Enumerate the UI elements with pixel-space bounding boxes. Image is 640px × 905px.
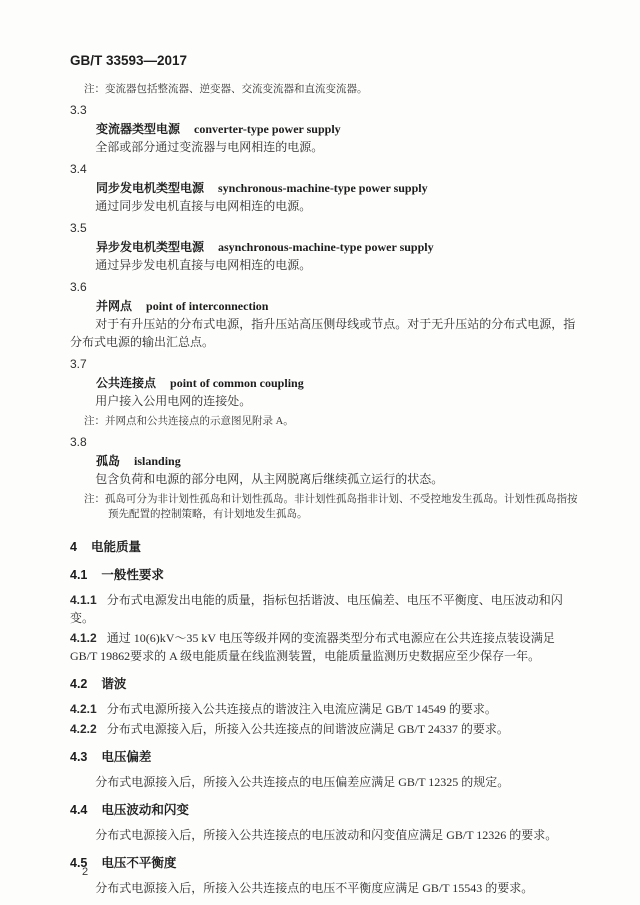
- body-paragraph: 分布式电源接入后，所接入公共连接点的电压不平衡度应满足 GB/T 15543 的…: [70, 879, 582, 897]
- section-heading: 4.3电压偏差: [70, 748, 582, 766]
- definition-paragraph: 通过异步发电机直接与电网相连的电源。: [70, 256, 582, 274]
- term-heading: 变流器类型电源converter-type power supply: [70, 120, 582, 138]
- definition-paragraph: 全部或部分通过变流器与电网相连的电源。: [70, 138, 582, 156]
- term-zh: 孤岛: [96, 454, 120, 468]
- clause-number: 3.5: [70, 219, 582, 237]
- body-paragraph: 分布式电源接入后，所接入公共连接点的电压波动和闪变值应满足 GB/T 12326…: [70, 826, 582, 844]
- standard-document-page: GB/T 33593—2017 注：变流器包括整流器、逆变器、交流变流器和直流变…: [0, 0, 640, 905]
- document-note: 注：变流器包括整流器、逆变器、交流变流器和直流变流器。: [70, 82, 582, 97]
- clause-paragraph-text: 分布式电源所接入公共连接点的谐波注入电流应满足 GB/T 14549 的要求。: [107, 702, 497, 716]
- term-heading: 孤岛islanding: [70, 452, 582, 470]
- definition-paragraph: 包含负荷和电源的部分电网，从主网脱离后继续孤立运行的状态。: [70, 470, 582, 488]
- section-heading: 4.4电压波动和闪变: [70, 801, 582, 819]
- chapter-number: 4: [70, 540, 77, 554]
- section-heading: 4.1一般性要求: [70, 566, 582, 584]
- section-heading: 4.2谐波: [70, 675, 582, 693]
- clause-paragraph-text: 分布式电源接入后，所接入公共连接点的间谐波应满足 GB/T 24337 的要求。: [107, 722, 509, 736]
- term-zh: 并网点: [96, 299, 132, 313]
- clause-number: 3.7: [70, 355, 582, 373]
- section-number: 4.3: [70, 750, 87, 764]
- chapter-title: 电能质量: [91, 540, 141, 554]
- clause-paragraph: 4.2.2分布式电源接入后，所接入公共连接点的间谐波应满足 GB/T 24337…: [70, 720, 582, 738]
- section-title: 一般性要求: [101, 568, 164, 582]
- section-title: 电压不平衡度: [101, 856, 176, 870]
- clause-number: 3.4: [70, 160, 582, 178]
- clause-paragraph-number: 4.2.2: [70, 722, 97, 736]
- clause-paragraph: 4.2.1分布式电源所接入公共连接点的谐波注入电流应满足 GB/T 14549 …: [70, 700, 582, 718]
- term-zh: 公共连接点: [96, 376, 156, 390]
- term-heading: 并网点point of interconnection: [70, 297, 582, 315]
- term-zh: 变流器类型电源: [96, 122, 180, 136]
- clause-number: 3.3: [70, 101, 582, 119]
- section-title: 电压波动和闪变: [101, 803, 189, 817]
- term-heading: 异步发电机类型电源asynchronous-machine-type power…: [70, 238, 582, 256]
- document-note: 注：并网点和公共连接点的示意图见附录 A。: [70, 414, 582, 429]
- clause-paragraph-text: 通过 10(6)kV～35 kV 电压等级并网的变流器类型分布式电源应在公共连接…: [70, 631, 555, 663]
- definition-paragraph: 用户接入公用电网的连接处。: [70, 392, 582, 410]
- definition-paragraph: 对于有升压站的分布式电源，指升压站高压侧母线或节点。对于无升压站的分布式电源，指…: [70, 315, 582, 351]
- clause-paragraph-number: 4.1.1: [70, 593, 97, 607]
- clause-paragraph-number: 4.2.1: [70, 702, 97, 716]
- clause-paragraph: 4.1.1分布式电源发出电能的质量，指标包括谐波、电压偏差、电压不平衡度、电压波…: [70, 591, 582, 627]
- term-en: converter-type power supply: [194, 122, 341, 136]
- section-title: 谐波: [101, 677, 126, 691]
- section-heading: 4.5电压不平衡度: [70, 854, 582, 872]
- section-number: 4.4: [70, 803, 87, 817]
- document-note: 注：孤岛可分为非计划性孤岛和计划性孤岛。非计划性孤岛指非计划、不受控地发生孤岛。…: [70, 492, 582, 522]
- clause-number: 3.8: [70, 433, 582, 451]
- term-en: asynchronous-machine-type power supply: [218, 240, 434, 254]
- term-zh: 同步发电机类型电源: [96, 181, 204, 195]
- body-paragraph: 分布式电源接入后，所接入公共连接点的电压偏差应满足 GB/T 12325 的规定…: [70, 773, 582, 791]
- clause-paragraph-number: 4.1.2: [70, 631, 97, 645]
- definition-paragraph: 通过同步发电机直接与电网相连的电源。: [70, 197, 582, 215]
- clause-number: 3.6: [70, 278, 582, 296]
- term-heading: 公共连接点point of common coupling: [70, 374, 582, 392]
- clause-paragraph: 4.1.2通过 10(6)kV～35 kV 电压等级并网的变流器类型分布式电源应…: [70, 629, 582, 665]
- term-en: point of interconnection: [146, 299, 268, 313]
- term-en: synchronous-machine-type power supply: [218, 181, 428, 195]
- standard-number-header: GB/T 33593—2017: [70, 52, 582, 70]
- chapter-heading: 4电能质量: [70, 538, 582, 556]
- term-zh: 异步发电机类型电源: [96, 240, 204, 254]
- section-title: 电压偏差: [101, 750, 151, 764]
- section-number: 4.1: [70, 568, 87, 582]
- term-en: point of common coupling: [170, 376, 304, 390]
- page-number: 2: [82, 863, 88, 881]
- term-en: islanding: [134, 454, 181, 468]
- clause-paragraph-text: 分布式电源发出电能的质量，指标包括谐波、电压偏差、电压不平衡度、电压波动和闪变。: [70, 593, 563, 625]
- term-heading: 同步发电机类型电源synchronous-machine-type power …: [70, 179, 582, 197]
- section-number: 4.2: [70, 677, 87, 691]
